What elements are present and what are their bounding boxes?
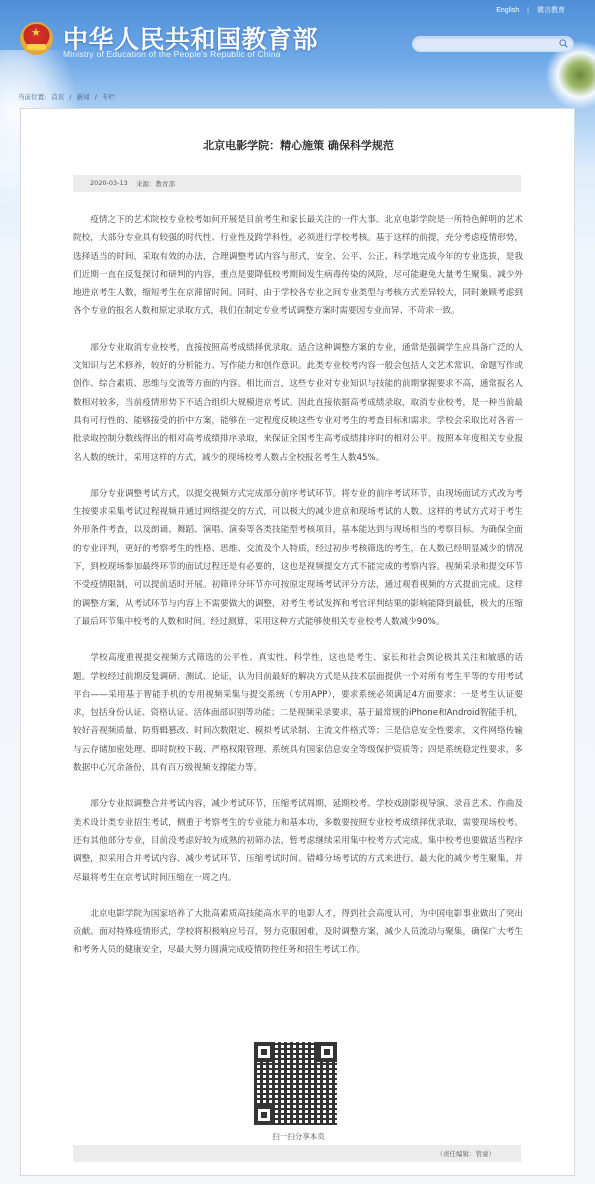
publish-date: 2020-03-13 [90, 179, 128, 187]
paragraph: 部分专业拟调整合并考试内容，减少考试环节，压缩考试周期，延期校考。学校戏剧影视导… [73, 795, 523, 886]
breadcrumb-news[interactable]: 新闻 [77, 93, 90, 101]
site-header: ★ 中华人民共和国教育部 Ministry of Education of th… [0, 0, 595, 85]
qr-finder-pattern [254, 1105, 274, 1125]
paragraph: 北京电影学院为国家培养了大批高素质高技能高水平的电影人才，得到社会高度认可，为中… [73, 905, 523, 960]
editor-bar: （责任编辑：管童） [73, 1145, 521, 1162]
paragraph: 部分专业取消专业校考，直接按照高考成绩择优录取。适合这种调整方案的专业，通常是强… [73, 339, 523, 467]
search-input[interactable] [412, 36, 574, 52]
qr-code [254, 1042, 337, 1125]
article-source: 来源：教育部 [136, 179, 175, 188]
breadcrumb-column[interactable]: 专栏 [102, 93, 115, 101]
link-separator: | [527, 7, 529, 14]
breadcrumb-separator: / [95, 93, 97, 101]
qr-finder-pattern [317, 1042, 337, 1062]
english-link[interactable]: English [496, 7, 519, 14]
article-meta: 2020-03-13 来源：教育部 [73, 175, 521, 192]
search-icon[interactable] [559, 39, 568, 48]
site-subtitle: Ministry of Education of the People's Re… [63, 49, 281, 59]
paragraph: 部分专业调整考试方式，以提交视频方式完成部分前序考试环节。将专业的前序考试环节，… [73, 485, 523, 631]
paragraph: 学校高度重视提交视频方式筛选的公平性、真实性、科学性，这也是考生、家长和社会舆论… [73, 649, 523, 777]
breadcrumb: 当前位置: 首页 / 新闻 / 专栏 [18, 92, 118, 101]
article-title: 北京电影学院：精心施策 确保科学规范 [21, 137, 576, 153]
breadcrumb-separator: / [69, 93, 71, 101]
top-links: English|微言教育 [496, 5, 565, 15]
national-emblem-icon[interactable]: ★ [20, 22, 53, 55]
qr-finder-pattern [254, 1042, 274, 1062]
breadcrumb-label: 当前位置: [18, 93, 46, 101]
qr-share-label: 扫一扫分享本页 [21, 1131, 576, 1142]
responsible-editor: （责任编辑：管童） [437, 1149, 496, 1158]
weiyan-jiaoyu-link[interactable]: 微言教育 [537, 7, 565, 14]
paragraph: 疫情之下的艺术院校专业校考如何开展是目前考生和家长最关注的一件大事。北京电影学院… [73, 211, 523, 321]
breadcrumb-home[interactable]: 首页 [51, 93, 64, 101]
article-card: 北京电影学院：精心施策 确保科学规范 2020-03-13 来源：教育部 疫情之… [20, 108, 575, 1176]
article-body: 疫情之下的艺术院校专业校考如何开展是目前考生和家长最关注的一件大事。北京电影学院… [73, 211, 523, 978]
